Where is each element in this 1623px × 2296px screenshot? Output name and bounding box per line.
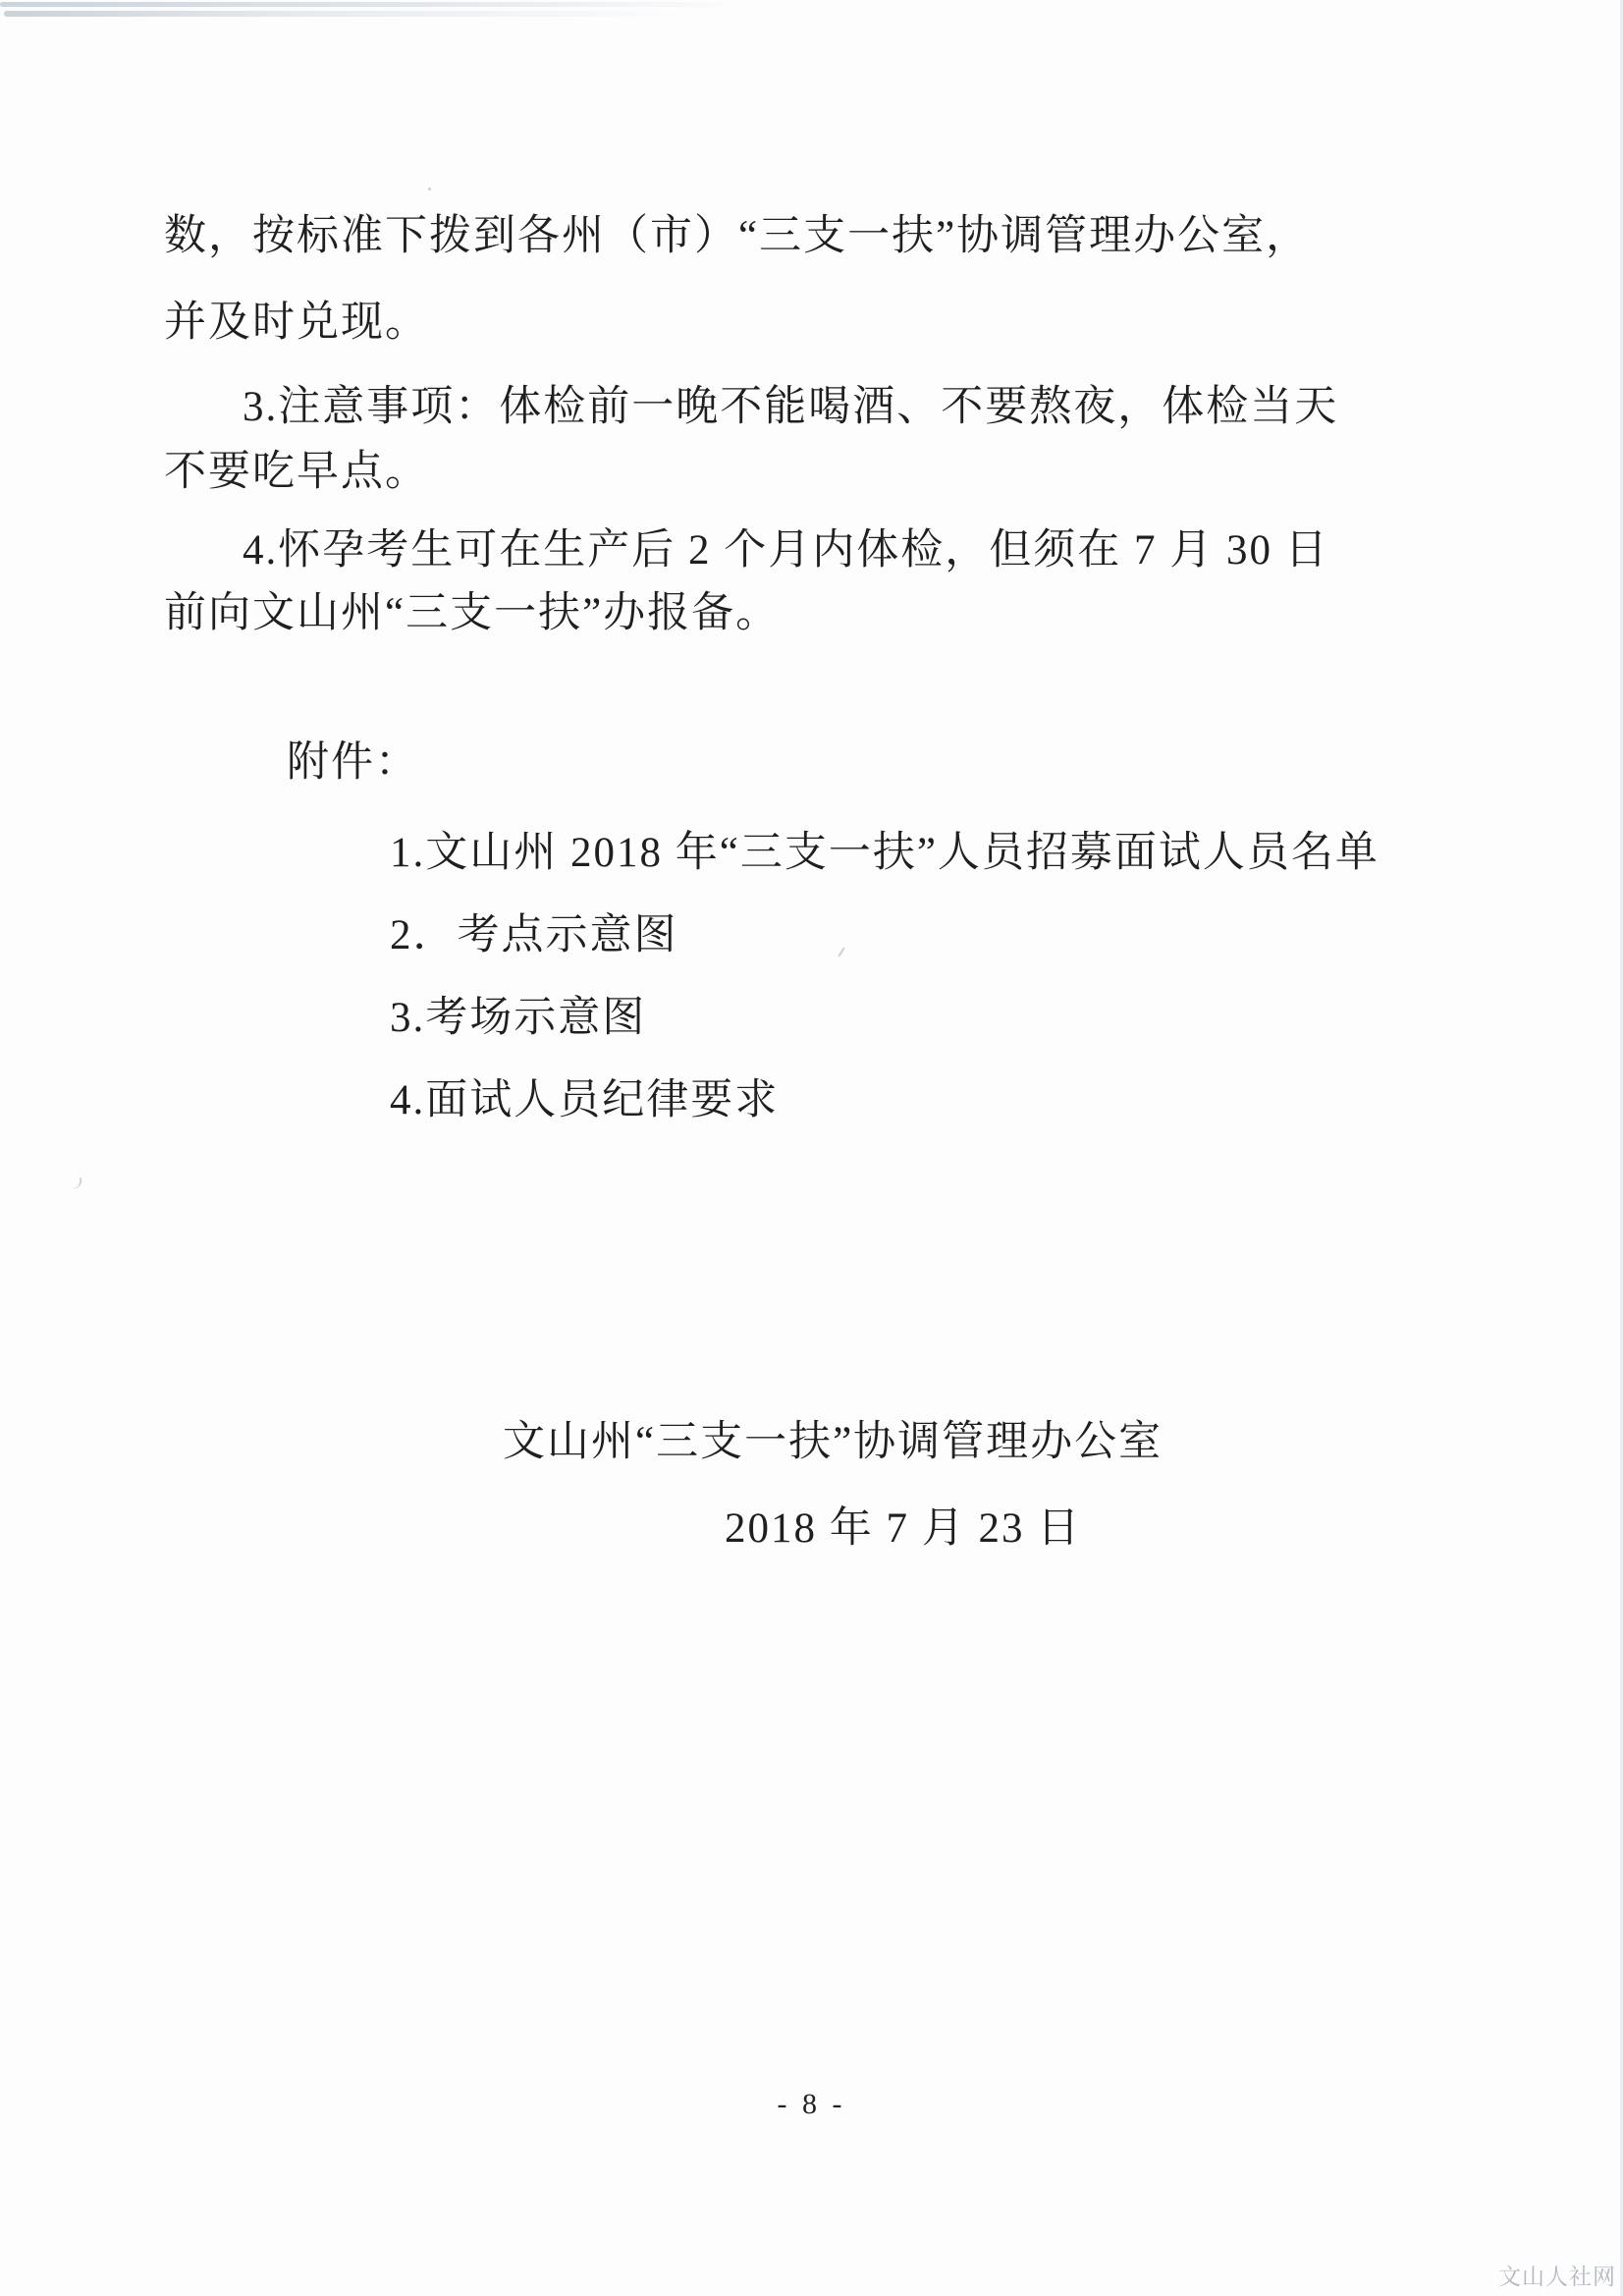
attachments-header: 附件：	[287, 738, 419, 787]
attachment-item: 4.面试人员纪律要求	[390, 1076, 779, 1124]
page-number: - 8 -	[0, 2088, 1623, 2121]
body-line-5: 4.怀孕考生可在生产后 2 个月内体检，但须在 7 月 30 日	[243, 526, 1329, 574]
signature-office: 文山州“三支一扶”协调管理办公室	[503, 1418, 1163, 1466]
signature-date: 2018 年 7 月 23 日	[725, 1504, 1081, 1553]
scan-streak-artifact	[0, 2, 746, 7]
attachment-item: 2．考点示意图	[390, 911, 678, 959]
attachment-item: 1.文山州 2018 年“三支一扶”人员招募面试人员名单	[390, 829, 1380, 877]
attachment-item: 3.考场示意图	[390, 994, 646, 1042]
body-line-4: 不要吃早点。	[164, 448, 429, 496]
scan-streak-artifact	[4, 11, 685, 17]
scanned-document-page: 数，按标准下拨到各州（市）“三支一扶”协调管理办公室， 并及时兑现。 3.注意事…	[0, 0, 1623, 2296]
body-line-2: 并及时兑现。	[164, 299, 429, 347]
scan-speck	[72, 1177, 83, 1189]
site-watermark: 文山人社网	[1498, 2259, 1616, 2291]
body-line-3: 3.注意事项：体检前一晚不能喝酒、不要熬夜，体检当天	[243, 383, 1338, 431]
scan-speck	[428, 188, 431, 191]
body-line-1: 数，按标准下拨到各州（市）“三支一扶”协调管理办公室，	[164, 212, 1310, 260]
body-line-6: 前向文山州“三支一扶”办报备。	[164, 589, 780, 637]
scan-speck	[838, 947, 845, 957]
